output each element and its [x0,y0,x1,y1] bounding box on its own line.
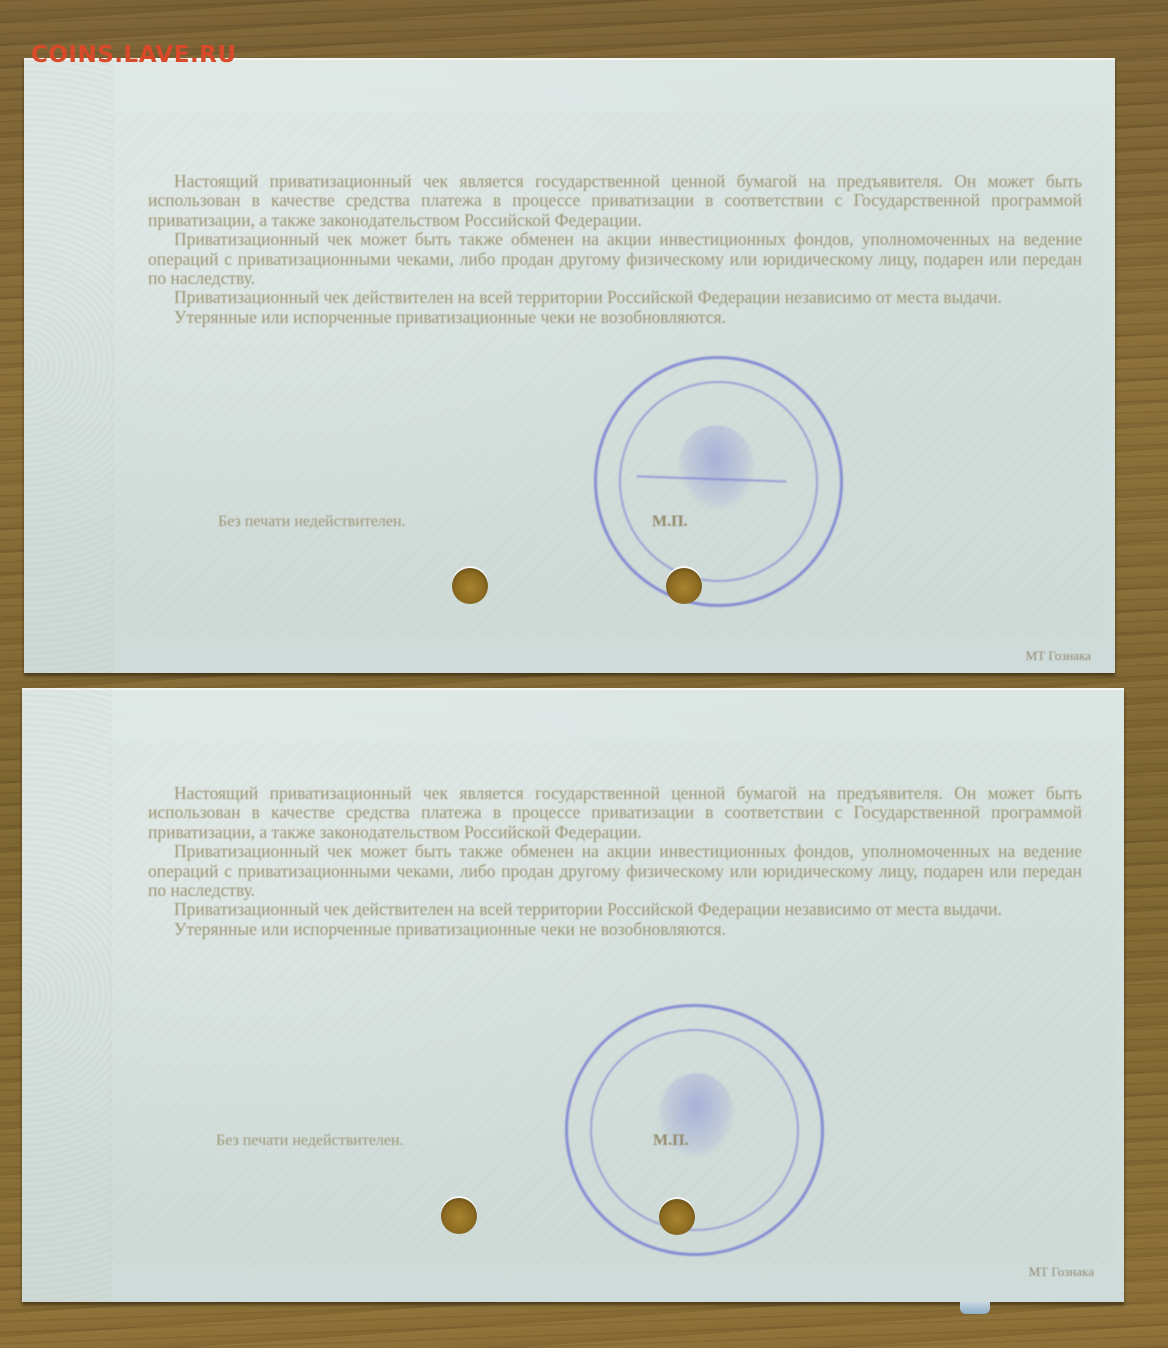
legal-text: Настоящий приватизационный чек является … [148,172,1082,327]
paragraph: Утерянные или испорченные приватизационн… [148,920,1082,939]
punch-hole-icon [659,1199,695,1235]
printer-imprint: МТ Гознака [1026,648,1091,664]
paragraph: Приватизационный чек действителен на все… [148,288,1082,307]
paragraph: Настоящий приватизационный чек является … [148,172,1082,230]
paragraph: Приватизационный чек действителен на все… [148,900,1082,919]
punch-hole-icon [441,1198,477,1234]
seal-place-label: М.П. [653,1132,689,1150]
seal-place-label: М.П. [652,513,688,531]
site-watermark: COINS.LAVE.RU [31,42,237,68]
paragraph: Утерянные или испорченные приватизационн… [148,308,1082,327]
no-seal-note: Без печати недействителен. [218,513,406,531]
punch-hole-icon [666,568,702,604]
paragraph: Приватизационный чек может быть также об… [148,842,1082,900]
voucher-bottom: Настоящий приватизационный чек является … [22,688,1124,1302]
guilloche-pattern [22,688,112,1302]
guilloche-pattern [24,58,114,673]
voucher-top: Настоящий приватизационный чек является … [24,58,1115,673]
no-seal-note: Без печати недействителен. [216,1132,404,1150]
printer-imprint: МТ Гознака [1029,1264,1094,1280]
paragraph: Приватизационный чек может быть также об… [148,230,1082,288]
legal-text: Настоящий приватизационный чек является … [148,784,1082,939]
paper-scrap [960,1302,990,1314]
punch-hole-icon [452,568,488,604]
paragraph: Настоящий приватизационный чек является … [148,784,1082,842]
